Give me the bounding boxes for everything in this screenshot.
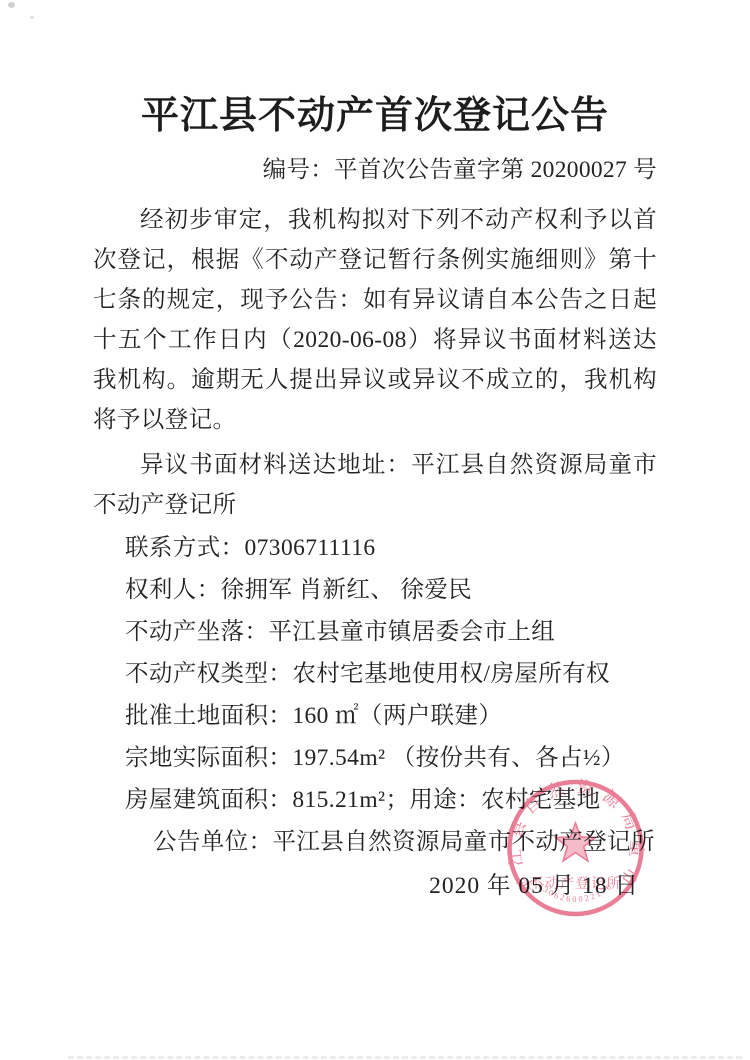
field-row-right-type: 不动产权类型：农村宅基地使用权/房屋所有权 [93, 654, 657, 694]
scanned-announcement-page: 平江县不动产首次登记公告 编号：平首次公告童字第 20200027 号 经初步审… [0, 0, 750, 1060]
field-row-building-area: 房屋建筑面积：815.21m²；用途：农村宅基地 [93, 780, 657, 820]
field-value: 197.54m² （按份共有、各占½） [292, 745, 625, 771]
field-label: 房屋建筑面积： [125, 787, 292, 813]
field-value: 815.21m²；用途：农村宅基地 [292, 787, 600, 813]
document-body: 平江县不动产首次登记公告 编号：平首次公告童字第 20200027 号 经初步审… [93, 0, 657, 906]
scan-artifact-line [68, 1056, 742, 1059]
doc-number-line: 编号：平首次公告童字第 20200027 号 [93, 153, 657, 187]
field-row-approved-land-area: 批准土地面积：160 ㎡（两户联建） [93, 696, 657, 736]
issuer-line: 公告单位：平江县自然资源局童市不动产登记所 [93, 822, 657, 862]
field-row-parcel-actual-area: 宗地实际面积：197.54m² （按份共有、各占½） [93, 738, 657, 778]
field-label: 批准土地面积： [125, 703, 292, 729]
field-value: 平江县童市镇居委会市上组 [268, 619, 555, 645]
field-label: 不动产权类型： [125, 661, 292, 687]
field-value: 160 ㎡（两户联建） [292, 703, 502, 729]
field-label: 权利人： [125, 577, 221, 603]
field-label: 不动产坐落： [125, 619, 268, 645]
scan-speck [8, 2, 15, 8]
field-label: 联系方式： [125, 535, 245, 561]
objection-address-paragraph: 异议书面材料送达地址：平江县自然资源局童市不动产登记所 [93, 445, 657, 525]
field-label: 宗地实际面积： [125, 745, 292, 771]
document-title: 平江县不动产首次登记公告 [93, 92, 657, 140]
field-list: 联系方式：07306711116 权利人：徐拥军 肖新红、 徐爱民 不动产坐落：… [93, 528, 657, 820]
field-value: 徐拥军 肖新红、 徐爱民 [221, 577, 473, 603]
date-line: 2020 年 05 月 18 日 [93, 866, 657, 906]
intro-paragraph: 经初步审定，我机构拟对下列不动产权利予以首次登记，根据《不动产登记暂行条例实施细… [93, 200, 657, 440]
field-row-location: 不动产坐落：平江县童市镇居委会市上组 [93, 612, 657, 652]
field-value: 07306711116 [245, 535, 376, 561]
field-row-contact: 联系方式：07306711116 [93, 528, 657, 568]
field-row-right-holder: 权利人：徐拥军 肖新红、 徐爱民 [93, 570, 657, 610]
scan-speck [30, 16, 34, 19]
field-value: 农村宅基地使用权/房屋所有权 [292, 661, 610, 687]
